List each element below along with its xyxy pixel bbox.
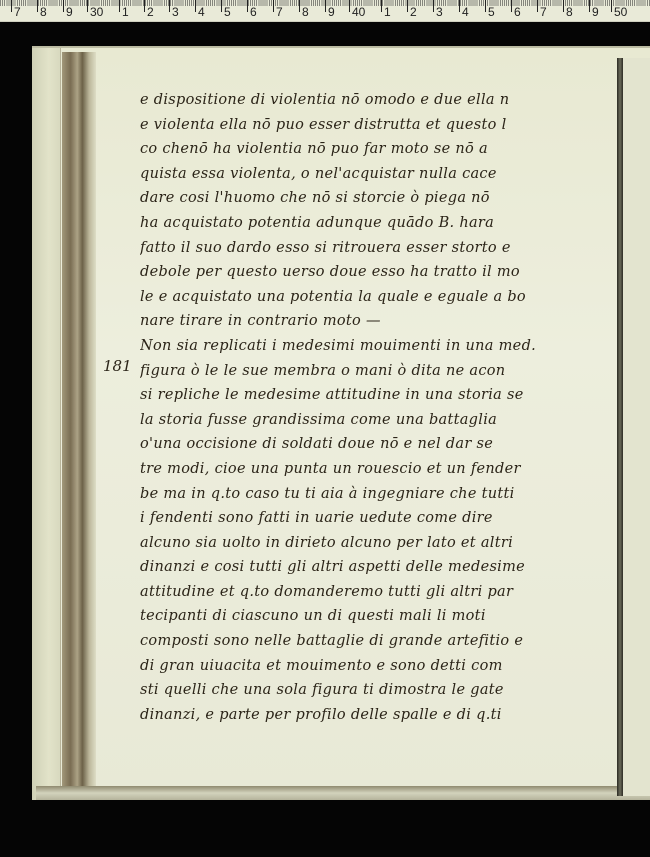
text-line: debole per questo uerso doue esso ha tra… (140, 260, 620, 285)
text-line: si repliche le medesime attitudine in un… (140, 383, 620, 408)
text-line: di gran uiuacita et mouimento e sono det… (140, 654, 620, 679)
ruler-label: 6 (514, 6, 521, 19)
ruler-label: 4 (198, 6, 205, 19)
ruler-major-tick (273, 0, 274, 12)
adjacent-page-sliver (623, 58, 650, 796)
ruler-major-tick (325, 0, 326, 12)
ruler-label: 2 (147, 6, 154, 19)
ruler-label: 8 (566, 6, 573, 19)
text-line: dare cosi l'huomo che nō si storcie ò pi… (140, 186, 620, 211)
ruler-major-tick (169, 0, 170, 12)
text-line: quista essa violenta, o nel'acquistar nu… (140, 162, 620, 187)
text-line: e violenta ella nō puo esser distrutta e… (140, 113, 620, 138)
ruler-label: 3 (172, 6, 179, 19)
ruler-major-tick (119, 0, 120, 12)
ruler-label: 50 (614, 6, 627, 19)
ruler-major-tick (221, 0, 222, 12)
ruler-major-tick (563, 0, 564, 12)
text-line: dinanzi e cosi tutti gli altri aspetti d… (140, 555, 620, 580)
page-left-edge (32, 48, 61, 800)
ruler-major-tick (87, 0, 88, 12)
ruler-major-tick (299, 0, 300, 12)
text-line: ha acquistato potentia adunque quādo B. … (140, 211, 620, 236)
text-line: i fendenti sono fatti in uarie uedute co… (140, 506, 620, 531)
ruler-label: 4 (462, 6, 469, 19)
text-line: figura ò le le sue membra o mani ò dita … (140, 359, 620, 384)
ruler-major-tick (511, 0, 512, 12)
ruler-major-tick (407, 0, 408, 12)
binding-gutter (62, 52, 96, 792)
ruler-label: 40 (352, 6, 365, 19)
text-line: e dispositione di violentia nō omodo e d… (140, 88, 620, 113)
ruler-major-tick (611, 0, 612, 12)
ruler-label: 6 (250, 6, 257, 19)
ruler-major-tick (144, 0, 145, 12)
text-line: fatto il suo dardo esso si ritrouera ess… (140, 236, 620, 261)
ruler-major-tick (459, 0, 460, 12)
text-line: attitudine et q.to domanderemo tutti gli… (140, 580, 620, 605)
ruler-label: 5 (488, 6, 495, 19)
ruler-major-tick (589, 0, 590, 12)
text-line: sti quelli che una sola figura ti dimost… (140, 678, 620, 703)
text-line: le e acquistato una potentia la quale e … (140, 285, 620, 310)
ruler-label: 9 (592, 6, 599, 19)
page-bottom-edge (36, 786, 650, 800)
text-line: tecipanti di ciascuno un di questi mali … (140, 604, 620, 629)
text-line: o'una occisione di soldati doue nō e nel… (140, 432, 620, 457)
text-line: tre modi, cioe una punta un rouescio et … (140, 457, 620, 482)
measuring-ruler: 789301234567894012345678950 (0, 0, 650, 22)
text-line: dinanzi, e parte per profilo delle spall… (140, 703, 620, 728)
ruler-major-tick (537, 0, 538, 12)
ruler-major-tick (195, 0, 196, 12)
ruler-label: 3 (436, 6, 443, 19)
ruler-major-tick (247, 0, 248, 12)
text-line: Non sia replicati i medesimi mouimenti i… (140, 334, 620, 359)
ruler-label: 30 (90, 6, 103, 19)
ruler-major-tick (349, 0, 350, 12)
margin-paragraph-number: 181 (103, 357, 132, 375)
ruler-major-tick (11, 0, 12, 12)
ruler-label: 2 (410, 6, 417, 19)
text-line: alcuno sia uolto in dirieto alcuno per l… (140, 531, 620, 556)
text-line: co chenō ha violentia nō puo far moto se… (140, 137, 620, 162)
text-line: nare tirare in contrario moto — (140, 309, 620, 334)
ruler-label: 5 (224, 6, 231, 19)
ruler-label: 8 (40, 6, 47, 19)
ruler-major-tick (433, 0, 434, 12)
ruler-label: 9 (328, 6, 335, 19)
ruler-label: 1 (384, 6, 391, 19)
ruler-label: 7 (276, 6, 283, 19)
ruler-major-tick (63, 0, 64, 12)
ruler-major-tick (485, 0, 486, 12)
ruler-major-tick (37, 0, 38, 12)
text-line: composti sono nelle battaglie di grande … (140, 629, 620, 654)
ruler-major-tick (381, 0, 382, 12)
ruler-label: 9 (66, 6, 73, 19)
ruler-label: 8 (302, 6, 309, 19)
ruler-label: 7 (540, 6, 547, 19)
text-line: la storia fusse grandissima come una bat… (140, 408, 620, 433)
ruler-label: 7 (14, 6, 21, 19)
text-line: be ma in q.to caso tu ti aia à ingegniar… (140, 482, 620, 507)
ruler-label: 1 (122, 6, 129, 19)
handwritten-text-block: e dispositione di violentia nō omodo e d… (140, 88, 620, 727)
